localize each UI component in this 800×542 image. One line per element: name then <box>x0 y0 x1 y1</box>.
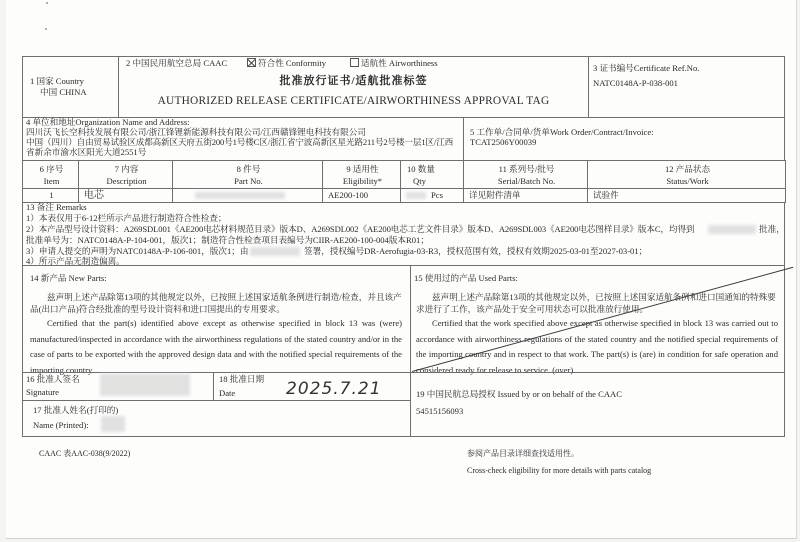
column-header-label-cn: 7 内容 <box>79 164 174 175</box>
title-chinese: 批准放行证书/适航批准标签 <box>118 76 589 87</box>
column-header-item: 6 序号Item <box>22 160 79 189</box>
cell-value: 电芯 <box>84 190 104 201</box>
column-header-label-en: Qty <box>413 176 426 187</box>
remark-line: 签署，授权编号DR-Aerofugia-03-R3，授权范围有效，授权有效期20… <box>304 246 647 257</box>
box-issued-by <box>410 372 785 437</box>
column-header-label-cn: 8 件号 <box>173 164 324 175</box>
new-parts-statement-en: Certified that the part(s) identified ab… <box>30 316 402 378</box>
title-english: AUTHORIZED RELEASE CERTIFICATE/AIRWORTHI… <box>118 96 589 107</box>
remarks-label: 13 备注 Remarks <box>26 202 87 213</box>
organization-line: 省新余市渝水区阳光大道2551号 <box>26 147 146 158</box>
remark-line: 2）本产品型号设计资料：A269SDL001《AE200电芯材料规范目录》版本D… <box>26 224 694 235</box>
table-cell-quantity: Pcs <box>400 188 464 203</box>
column-header-status: 12 产品状态Status/Work <box>587 160 786 189</box>
column-header-label-cn: 11 系列号/批号 <box>464 164 589 175</box>
country-label: 1 国家 Country <box>30 76 84 87</box>
table-cell-status: 试验件 <box>587 188 786 203</box>
column-header-label-en: Item <box>23 176 80 187</box>
signature-label-cn: 16 批准人签名 <box>26 374 80 385</box>
date-label-cn: 18 批准日期 <box>219 374 264 385</box>
conformity-checkbox[interactable] <box>247 58 256 67</box>
column-header-label-cn: 10 数量 <box>407 164 435 175</box>
date-value: 2025.7.21 <box>286 379 382 399</box>
column-header-label-cn: 9 适用性 <box>323 164 402 175</box>
new-parts-label: 14 新产品 New Parts: <box>30 273 107 284</box>
column-header-label-en: Eligibility* <box>323 176 402 187</box>
footer-note-cn: 参阅产品目录详细查找适用性。 <box>467 448 579 459</box>
table-cell-part-number <box>172 188 323 203</box>
redacted-quantity <box>406 192 426 199</box>
remark-line: 批准， <box>759 224 785 235</box>
remark-line: 批准单号为：NATC0148A-P-104-001，版次1；制造符合性检查项目表… <box>26 235 429 246</box>
scan-speck <box>45 28 47 30</box>
column-header-eligibility: 9 适用性Eligibility* <box>322 160 401 189</box>
redacted-part-number <box>195 192 285 199</box>
column-header-label-en: Status/Work <box>588 176 787 187</box>
footer-note-en: Cross-check eligibility for more details… <box>467 465 651 476</box>
column-header-label-cn: 12 产品状态 <box>588 164 787 175</box>
caac-label: 2 中国民用航空总局 CAAC <box>126 58 227 69</box>
redacted-name <box>101 416 125 432</box>
airworthiness-label: 适航性 Airworthiness <box>361 58 438 68</box>
printed-name-label-cn: 17 批准人姓名(打印的) <box>33 405 118 416</box>
work-order-value: TCAT2506Y00039 <box>470 137 536 148</box>
redacted-signature <box>100 374 190 396</box>
issued-by-label: 19 中国民航总局授权 Issued by or on behalf of th… <box>416 389 622 400</box>
certificate-ref-label: 3 证书编号Certificate Ref.No. <box>593 63 699 74</box>
date-label-en: Date <box>219 388 235 399</box>
column-header-label-cn: 6 序号 <box>23 164 80 175</box>
column-header-label-en: Part No. <box>173 176 324 187</box>
column-header-description: 7 内容Description <box>78 160 173 189</box>
issued-by-value: 54515156093 <box>416 406 463 417</box>
form-number: CAAC 表AAC-038(9/2022) <box>39 448 130 459</box>
column-header-label-en: Description <box>79 176 174 187</box>
airworthiness-checkbox[interactable] <box>350 58 359 67</box>
scan-speck <box>46 2 48 4</box>
conformity-label: 符合性 Conformity <box>258 58 326 68</box>
cell-value: Pcs <box>431 190 443 201</box>
column-header-serial-batch: 11 系列号/批号Serial/Batch No. <box>463 160 588 189</box>
used-parts-label: 15 使用过的产品 Used Parts: <box>414 273 518 284</box>
printed-name-label-en: Name (Printed): <box>33 420 89 431</box>
table-cell-description: 电芯 <box>78 188 173 203</box>
country-value: 中国 CHINA <box>40 87 87 98</box>
cell-value: 详见附件清单 <box>469 190 521 201</box>
certificate-ref-value: NATC0148A-P-038-001 <box>593 78 678 89</box>
redacted-signer <box>250 247 300 256</box>
table-cell-item: 1 <box>22 188 79 203</box>
column-header-quantity: 10 数量Qty <box>400 160 464 189</box>
column-header-part-number: 8 件号Part No. <box>172 160 323 189</box>
table-cell-eligibility: AE200-100 <box>322 188 401 203</box>
cell-value: 试验件 <box>593 190 619 201</box>
redacted-approver <box>708 225 756 234</box>
column-header-label-en: Serial/Batch No. <box>464 176 589 187</box>
table-cell-serial-batch: 详见附件清单 <box>463 188 588 203</box>
used-parts-statement-en: Certified that the work specified above … <box>416 316 778 378</box>
cell-value: 1 <box>23 190 80 201</box>
remark-line: 1）本表仅用于6-12栏所示产品进行制造符合性检查； <box>26 213 227 224</box>
cell-value: AE200-100 <box>328 190 368 201</box>
new-parts-statement-cn: 兹声明上述产品除第13项的其他规定以外，已按照上述国家适航条例进行制造/检查，并… <box>30 291 402 315</box>
option-conformity[interactable]: 符合性 Conformity <box>247 58 326 69</box>
used-parts-statement-cn: 兹声明上述产品除第13项的其他规定以外，已按照上述国家适航条例和进口国通知的特殊… <box>416 291 778 315</box>
option-airworthiness[interactable]: 适航性 Airworthiness <box>350 58 438 69</box>
signature-label-en: Signature <box>26 387 59 398</box>
